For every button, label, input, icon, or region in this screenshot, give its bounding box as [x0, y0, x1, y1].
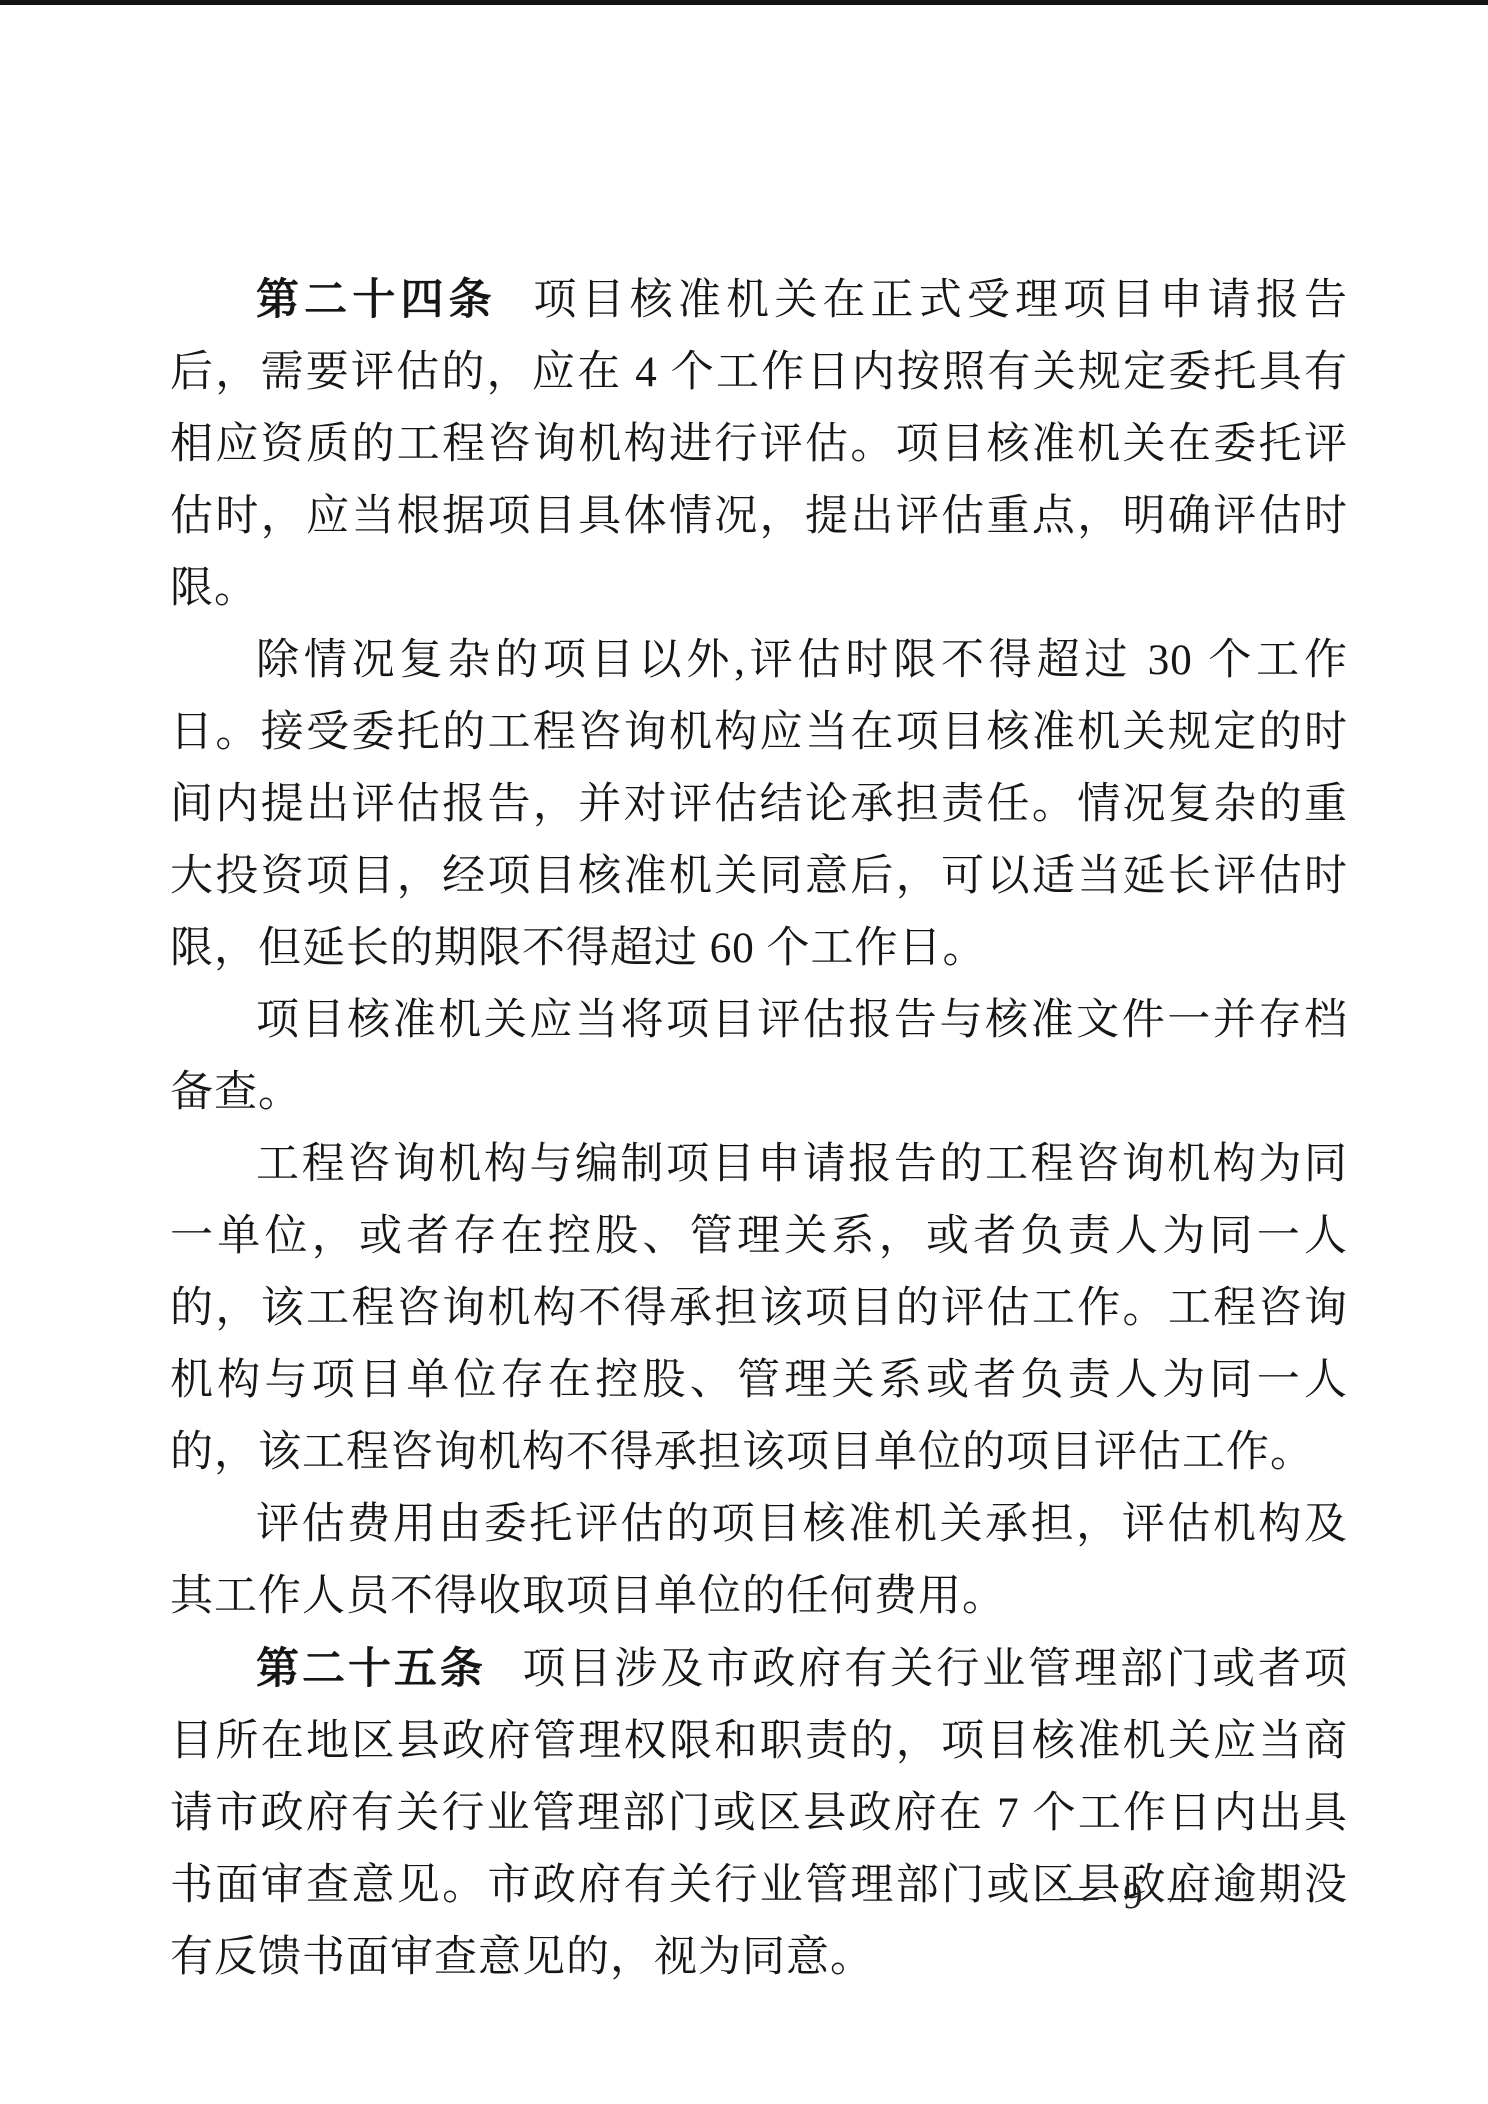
paragraph-text: 项目核准机关在正式受理项目申请报告后，需要评估的，应在 4 个工作日内按照有关规…: [170, 277, 1348, 612]
paragraph: 项目核准机关应当将项目评估报告与核准文件一并存档备查。: [170, 985, 1348, 1129]
article-24-heading: 第二十四条: [256, 276, 497, 324]
article-25-heading: 第二十五条: [256, 1645, 486, 1693]
scan-edge-artifact: [0, 0, 1488, 5]
page-number: — 9 —: [1042, 1874, 1232, 1918]
paragraph: 除情况复杂的项目以外,评估时限不得超过 30 个工作日。接受委托的工程咨询机构应…: [170, 625, 1348, 985]
paragraph-article-25: 第二十五条项目涉及市政府有关行业管理部门或者项目所在地区县政府管理权限和职责的，…: [170, 1633, 1348, 1994]
paragraph: 工程咨询机构与编制项目申请报告的工程咨询机构为同一单位，或者存在控股、管理关系，…: [170, 1129, 1348, 1489]
paragraph-text: 除情况复杂的项目以外,评估时限不得超过 30 个工作日。接受委托的工程咨询机构应…: [170, 637, 1348, 972]
paragraph: 评估费用由委托评估的项目核准机关承担，评估机构及其工作人员不得收取项目单位的任何…: [170, 1489, 1348, 1633]
paragraph-text: 评估费用由委托评估的项目核准机关承担，评估机构及其工作人员不得收取项目单位的任何…: [170, 1501, 1348, 1620]
paragraph-text: 项目核准机关应当将项目评估报告与核准文件一并存档备查。: [170, 997, 1348, 1116]
document-page: 第二十四条项目核准机关在正式受理项目申请报告后，需要评估的，应在 4 个工作日内…: [0, 0, 1488, 2104]
paragraph-text: 工程咨询机构与编制项目申请报告的工程咨询机构为同一单位，或者存在控股、管理关系，…: [170, 1141, 1348, 1476]
paragraph-article-24: 第二十四条项目核准机关在正式受理项目申请报告后，需要评估的，应在 4 个工作日内…: [170, 264, 1348, 625]
paragraph-text: 项目涉及市政府有关行业管理部门或者项目所在地区县政府管理权限和职责的，项目核准机…: [170, 1646, 1348, 1981]
document-body: 第二十四条项目核准机关在正式受理项目申请报告后，需要评估的，应在 4 个工作日内…: [170, 264, 1348, 1994]
